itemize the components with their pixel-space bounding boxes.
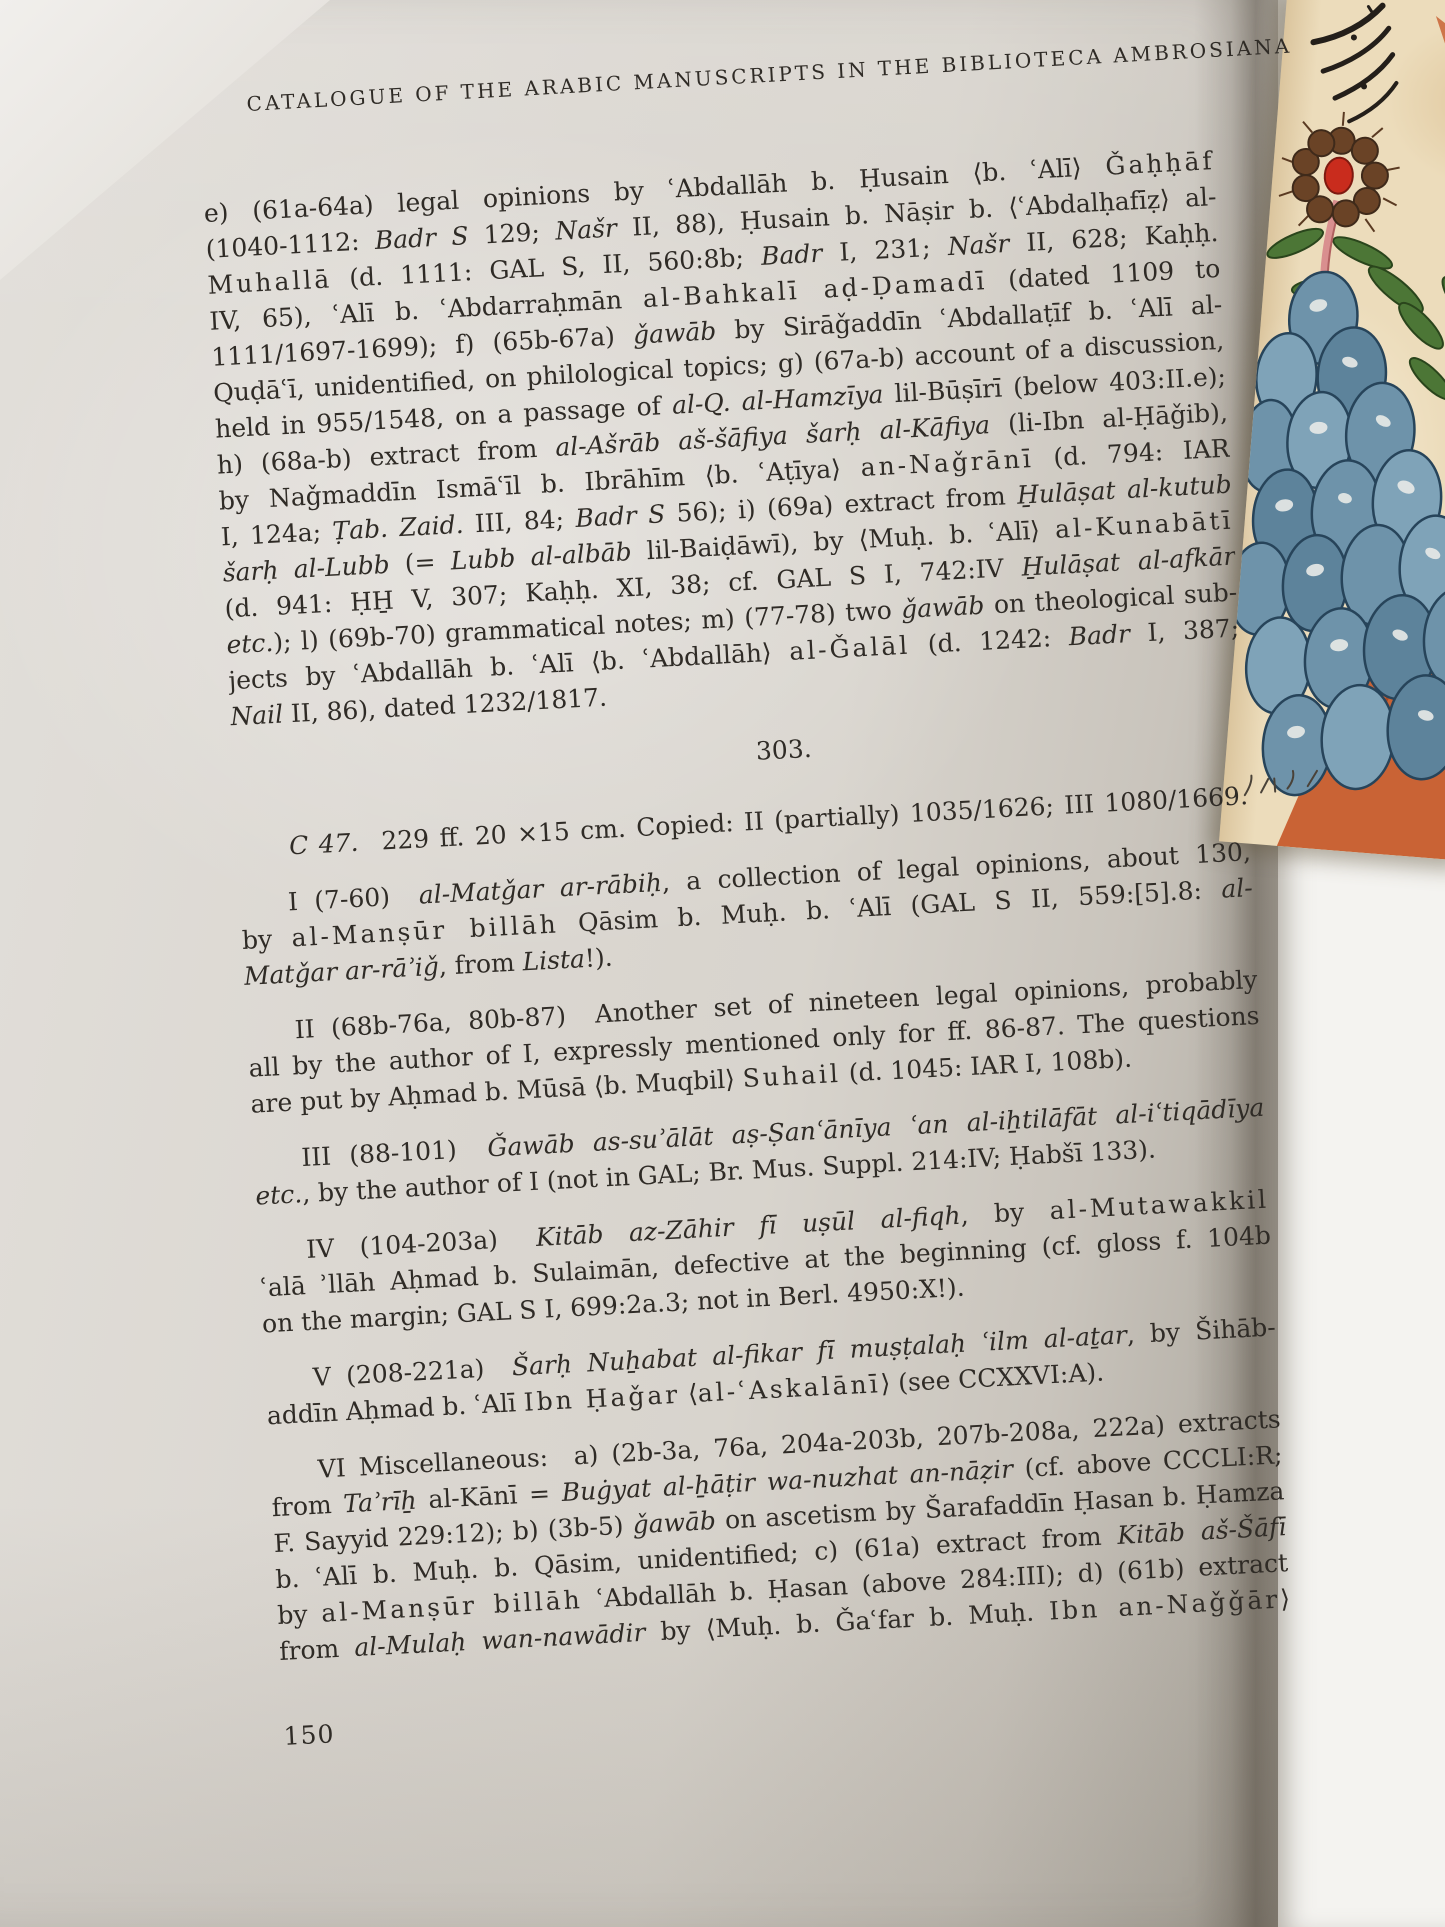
text-run: , by [960, 1196, 1051, 1230]
italic-text: Nail [230, 700, 284, 732]
italic-text: al- [1221, 873, 1254, 904]
letterspaced-name: Ǧaḥḥāf [1105, 146, 1216, 181]
italic-text: ǧawāb [900, 591, 985, 624]
text-run: III, 84; [463, 504, 576, 539]
italic-text: Lista [522, 944, 586, 976]
orange-accent-stroke [1433, 16, 1445, 58]
italic-text: Matǧar ar-rāʾiǧ [243, 952, 439, 991]
text-run: , from [438, 947, 523, 980]
italic-text: Kitāb aš-Šāfī [1117, 1512, 1287, 1550]
italic-text: Lubb al-albāb [450, 537, 632, 575]
italic-text: ǧawāb [632, 1506, 717, 1539]
text-run: I, 387; [1129, 613, 1240, 648]
paragraph-entry-302-items-e-to-m: e) (61a-64a) legal opinions by ʿAbdallāh… [203, 143, 1242, 735]
letterspaced-name: an-Naǧrānī [860, 444, 1034, 482]
italic-text: šarḥ al-Lubb [222, 550, 390, 588]
italic-text: Badr [760, 239, 823, 271]
text-run: by [241, 923, 292, 955]
flower [1277, 107, 1404, 233]
text-run: ⟩ (see CCXXVI:A). [880, 1357, 1105, 1398]
italic-text: ǧawāb [632, 316, 717, 349]
italic-text: etc. [226, 628, 274, 659]
text-run: , by Šihāb- [1126, 1312, 1276, 1349]
letterspaced-name: al-Kunabātī [1054, 506, 1234, 544]
italic-text: Badr [1068, 619, 1131, 651]
text-run: I, 231; [821, 232, 948, 268]
italic-text: Ṭab. Zaid. [332, 510, 465, 546]
letterspaced-name: Suhail [742, 1059, 842, 1093]
text-run: by [277, 1599, 322, 1630]
letterspaced-name: al-ʿAskalānī [697, 1369, 881, 1408]
text-run: ⟩ [1279, 1584, 1290, 1613]
text-run: (d. 794: IAR [1033, 434, 1230, 473]
text-run: !). [584, 943, 613, 973]
text-run: (d. 1242: [909, 622, 1069, 659]
text-run: (= [389, 547, 452, 579]
italic-text: C 47. [288, 828, 359, 861]
text-run: from [271, 1489, 344, 1522]
letterspaced-name: Muhallā [207, 264, 333, 299]
text-block: e) (61a-64a) legal opinions by ʿAbdallāh… [203, 143, 1295, 1751]
text-run: III (88-101) [301, 1133, 489, 1172]
text-run: 129; [468, 217, 556, 251]
paragraph-section-6: VI Miscellaneous: a) (2b-3a, 76a, 204a-2… [269, 1401, 1291, 1670]
italic-text: Badr S [575, 499, 666, 533]
text-run: al-Kānī = [416, 1478, 563, 1515]
text-run: I, 124a; [220, 517, 333, 552]
text-run: V (208-221a) [312, 1352, 513, 1391]
text-run: (1040-1112: [205, 226, 376, 264]
italic-text: Taʾrīẖ [343, 1486, 418, 1519]
italic-text: Našr [947, 229, 1010, 261]
text-run: from [279, 1633, 356, 1666]
letterspaced-name: al-Ǧalāl [788, 631, 910, 666]
text-run: ⟨ [679, 1379, 698, 1409]
photo-of-open-book: CATALOGUE OF THE ARABIC MANUSCRIPTS IN T… [0, 0, 1445, 1927]
text-run: I (7-60) [287, 881, 419, 917]
italic-text: Badr S [374, 221, 469, 255]
italic-text: etc. [255, 1179, 303, 1210]
italic-text: Našr [555, 213, 618, 245]
letterspaced-name: Ibn Ḥaǧar [523, 1380, 681, 1417]
arabic-calligraphy [1307, 0, 1402, 125]
